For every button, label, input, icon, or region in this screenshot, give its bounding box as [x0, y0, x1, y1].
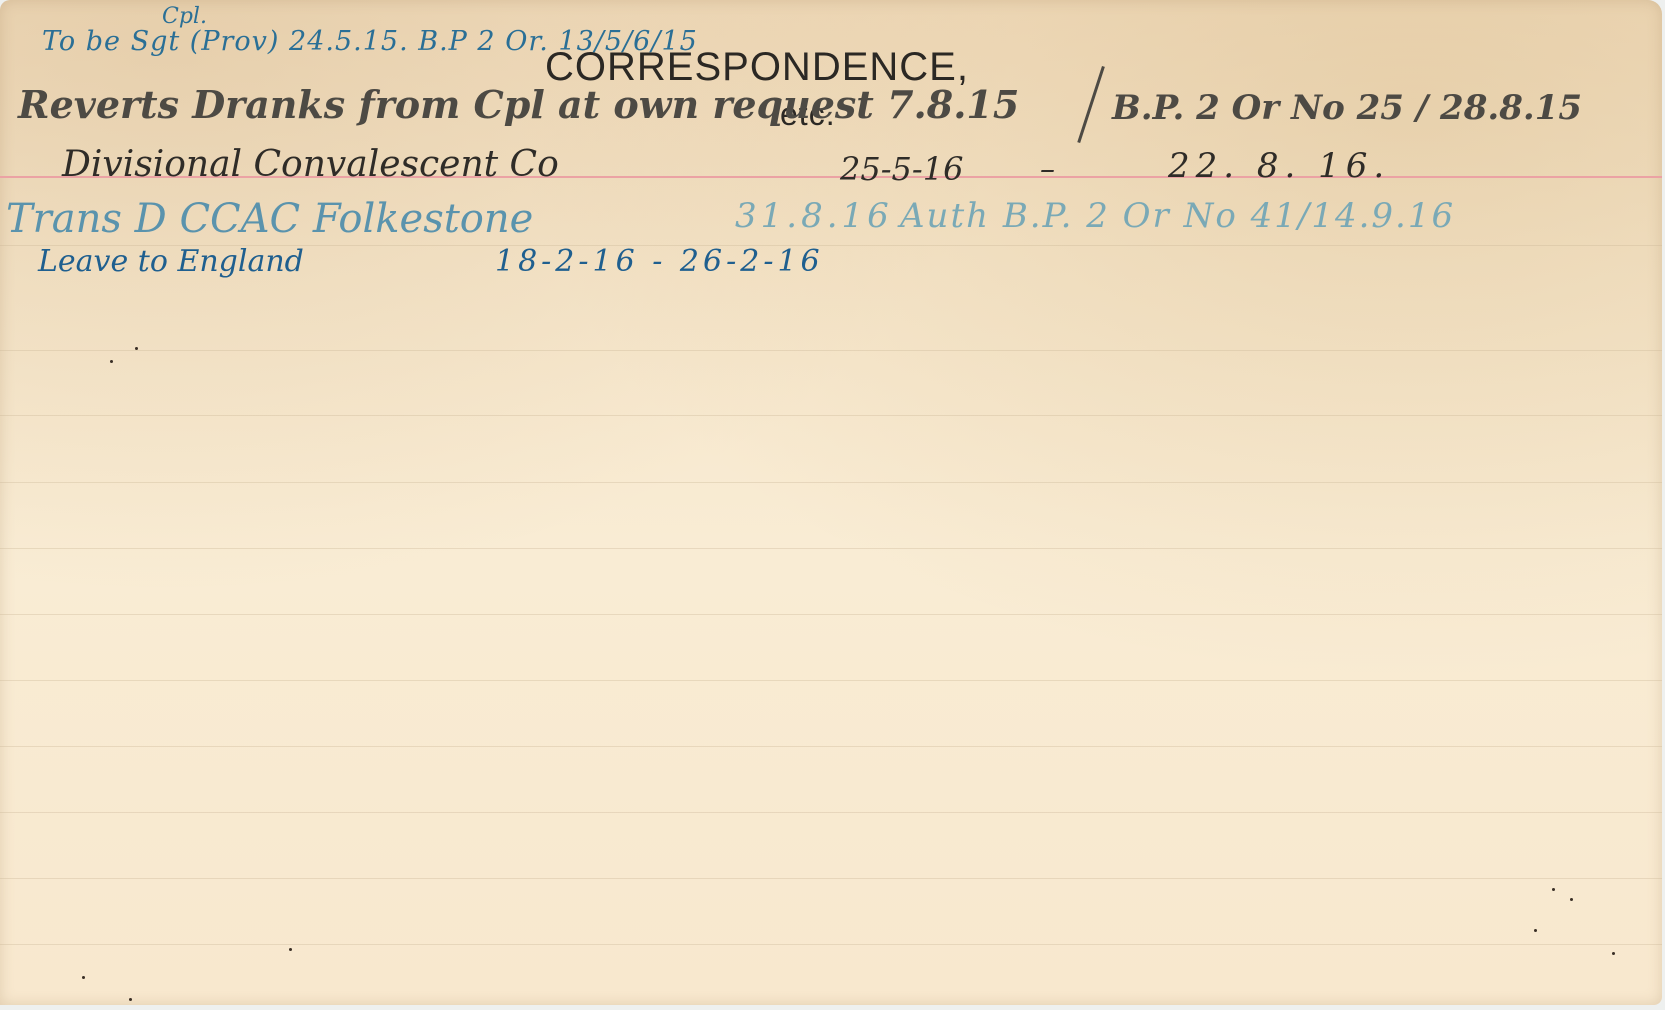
paper-speck [129, 998, 132, 1001]
ruled-line [0, 415, 1662, 416]
ruled-line [0, 482, 1662, 483]
divider-slash [1077, 66, 1105, 143]
paper-speck [82, 976, 85, 979]
ruled-line [0, 680, 1662, 681]
paper-speck [110, 360, 113, 363]
paper-speck [1612, 952, 1615, 955]
paper-speck [1552, 888, 1555, 891]
ruled-line [0, 350, 1662, 351]
paper-speck [135, 347, 138, 350]
paper-speck [1534, 929, 1537, 932]
paper-speck [1570, 898, 1573, 901]
entry-3-dash: – [1040, 152, 1055, 187]
ruled-line [0, 812, 1662, 813]
entry-3-text: Divisional Convalescent Co [62, 144, 559, 185]
ruled-line [0, 614, 1662, 615]
entry-3-date-from: 25-5-16 [840, 150, 963, 188]
entry-2-text: Reverts Dranks from Cpl at own request 7… [18, 82, 1019, 127]
ruled-line [0, 878, 1662, 879]
entry-2-ref: B.P. 2 Or No 25 / 28.8.15 [1112, 88, 1582, 128]
entry-5-dates: 18-2-16 - 26-2-16 [495, 244, 824, 279]
entry-5-text: Leave to England [38, 244, 304, 279]
service-record-card: CORRESPONDENCE, etc. Cpl. To be Sgt (Pro… [0, 0, 1662, 1005]
paper-speck [289, 948, 292, 951]
ruled-line [0, 944, 1662, 945]
entry-1-text: To be Sgt (Prov) 24.5.15. B.P 2 Or. 13/5… [42, 26, 698, 57]
entry-4-text: Trans D CCAC Folkestone [6, 196, 533, 242]
entry-4-date: 31.8.16 [735, 196, 893, 236]
entry-4-ref: Auth B.P. 2 Or No 41/14.9.16 [900, 196, 1455, 236]
entry-3-date-to: 22. 8. 16. [1168, 146, 1390, 186]
ruled-line [0, 548, 1662, 549]
ruled-line [0, 746, 1662, 747]
